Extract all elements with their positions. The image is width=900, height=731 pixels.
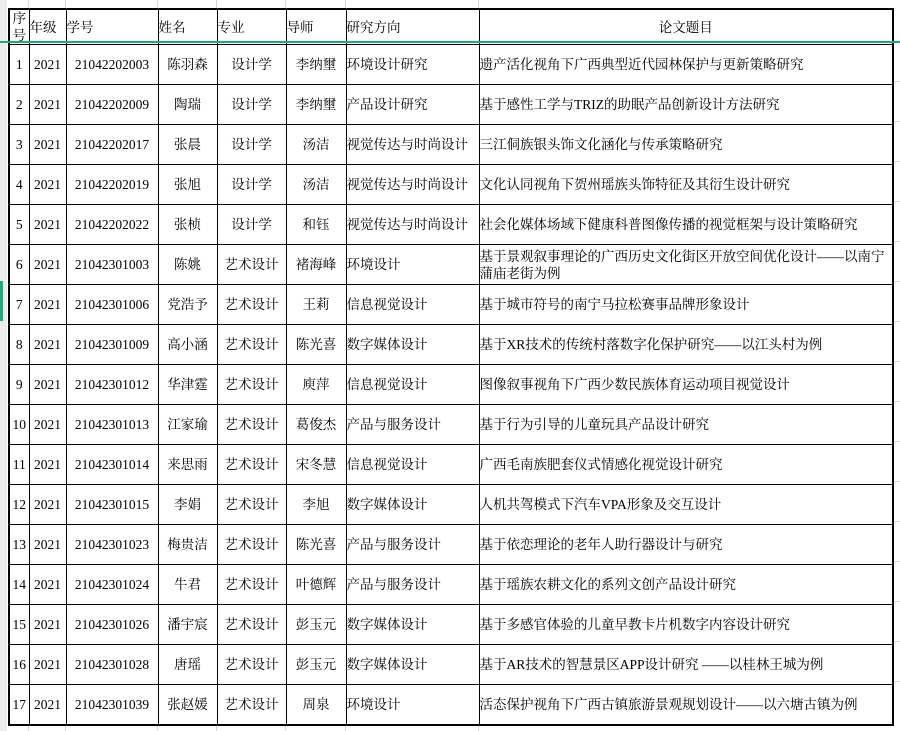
table-row: 7202121042301006党浩予艺术设计王莉信息视觉设计基于城市符号的南宁…	[9, 285, 893, 325]
column-header-advisor[interactable]: 导师	[286, 9, 346, 45]
cell-major[interactable]: 艺术设计	[217, 525, 286, 565]
cell-student-id[interactable]: 21042301009	[66, 325, 158, 365]
cell-advisor[interactable]: 宋冬慧	[286, 445, 346, 485]
cell-grade[interactable]: 2021	[29, 125, 66, 165]
gridline	[893, 401, 900, 402]
cell-direction[interactable]: 环境设计	[346, 245, 479, 285]
selected-row-indicator	[0, 281, 3, 321]
table-body: 1202121042202003陈羽森设计学李纳壐环境设计研究遗产活化视角下广西…	[9, 45, 893, 725]
table-row: 11202121042301014来思雨艺术设计宋冬慧信息视觉设计广西毛南族肥套…	[9, 445, 893, 485]
table-row: 3202121042202017张晨设计学汤洁视觉传达与时尚设计三江侗族银头饰文…	[9, 125, 893, 165]
cell-thesis-title[interactable]: 广西毛南族肥套仪式情感化视觉设计研究	[479, 445, 893, 485]
cell-name[interactable]: 陈姚	[158, 245, 217, 285]
cell-student-id[interactable]: 21042301012	[66, 365, 158, 405]
cell-major[interactable]: 艺术设计	[217, 325, 286, 365]
cell-student-id[interactable]: 21042301026	[66, 605, 158, 645]
cell-student-id[interactable]: 21042202022	[66, 205, 158, 245]
cell-student-id[interactable]: 21042202019	[66, 165, 158, 205]
cell-advisor[interactable]: 彭玉元	[286, 645, 346, 685]
cell-name[interactable]: 梅贵洁	[158, 525, 217, 565]
table-row: 10202121042301013江家瑜艺术设计葛俊杰产品与服务设计基于行为引导…	[9, 405, 893, 445]
gridline	[893, 161, 900, 162]
gridline	[893, 81, 900, 82]
cell-thesis-title[interactable]: 基于感性工学与TRIZ的助眠产品创新设计方法研究	[479, 85, 893, 125]
cell-direction[interactable]: 信息视觉设计	[346, 285, 479, 325]
column-header-direction[interactable]: 研究方向	[346, 9, 479, 45]
cell-seq[interactable]: 10	[9, 405, 29, 445]
cell-student-id[interactable]: 21042301039	[66, 685, 158, 725]
cell-name[interactable]: 牛君	[158, 565, 217, 605]
cell-name[interactable]: 潘宇宸	[158, 605, 217, 645]
cell-major[interactable]: 艺术设计	[217, 605, 286, 645]
cell-seq[interactable]: 9	[9, 365, 29, 405]
cell-advisor[interactable]: 汤洁	[286, 125, 346, 165]
gridline	[893, 681, 900, 682]
gridline	[28, 0, 29, 8]
cell-thesis-title[interactable]: 图像叙事视角下广西少数民族体育运动项目视觉设计	[479, 365, 893, 405]
column-header-name[interactable]: 姓名	[158, 9, 217, 45]
cell-direction[interactable]: 信息视觉设计	[346, 365, 479, 405]
cell-grade[interactable]: 2021	[29, 565, 66, 605]
gridline	[893, 441, 900, 442]
table-row: 5202121042202022张桢设计学和钰视觉传达与时尚设计社会化媒体场域下…	[9, 205, 893, 245]
cell-student-id[interactable]: 21042301006	[66, 285, 158, 325]
gridline	[893, 481, 900, 482]
cell-advisor[interactable]: 叶德辉	[286, 565, 346, 605]
cell-thesis-title[interactable]: 遗产活化视角下广西典型近代园林保护与更新策略研究	[479, 45, 893, 85]
cell-grade[interactable]: 2021	[29, 245, 66, 285]
cell-grade[interactable]: 2021	[29, 685, 66, 725]
cell-grade[interactable]: 2021	[29, 525, 66, 565]
gridline	[893, 281, 900, 282]
table-row: 1202121042202003陈羽森设计学李纳壐环境设计研究遗产活化视角下广西…	[9, 45, 893, 85]
cell-grade[interactable]: 2021	[29, 325, 66, 365]
table-row: 8202121042301009高小涵艺术设计陈光喜数字媒体设计基于XR技术的传…	[9, 325, 893, 365]
cell-seq[interactable]: 5	[9, 205, 29, 245]
cell-advisor[interactable]: 陈光喜	[286, 325, 346, 365]
cell-direction[interactable]: 环境设计	[346, 685, 479, 725]
cell-student-id[interactable]: 21042301013	[66, 405, 158, 445]
column-header-major[interactable]: 专业	[217, 9, 286, 45]
cell-direction[interactable]: 数字媒体设计	[346, 605, 479, 645]
cell-name[interactable]: 华津霆	[158, 365, 217, 405]
cell-seq[interactable]: 4	[9, 165, 29, 205]
cell-advisor[interactable]: 周泉	[286, 685, 346, 725]
gridline	[893, 561, 900, 562]
cell-advisor[interactable]: 褚海峰	[286, 245, 346, 285]
cell-direction[interactable]: 数字媒体设计	[346, 485, 479, 525]
gridline	[893, 201, 900, 202]
table-row: 14202121042301024牛君艺术设计叶德辉产品与服务设计基于瑶族农耕文…	[9, 565, 893, 605]
cell-thesis-title[interactable]: 人机共驾模式下汽车VPA形象及交互设计	[479, 485, 893, 525]
cell-name[interactable]: 张旭	[158, 165, 217, 205]
gridline	[216, 0, 217, 8]
cell-name[interactable]: 李娟	[158, 485, 217, 525]
cell-major[interactable]: 设计学	[217, 45, 286, 85]
table-row: 15202121042301026潘宇宸艺术设计彭玉元数字媒体设计基于多感官体验…	[9, 605, 893, 645]
cell-seq[interactable]: 17	[9, 685, 29, 725]
cell-name[interactable]: 党浩予	[158, 285, 217, 325]
table-row: 16202121042301028唐瑶艺术设计彭玉元数字媒体设计基于AR技术的智…	[9, 645, 893, 685]
cell-grade[interactable]: 2021	[29, 605, 66, 645]
cell-major[interactable]: 艺术设计	[217, 565, 286, 605]
cell-name[interactable]: 陶瑞	[158, 85, 217, 125]
cell-direction[interactable]: 视觉传达与时尚设计	[346, 165, 479, 205]
cell-seq[interactable]: 13	[9, 525, 29, 565]
cell-student-id[interactable]: 21042301024	[66, 565, 158, 605]
cell-major[interactable]: 艺术设计	[217, 645, 286, 685]
column-header-grade[interactable]: 年级	[29, 9, 66, 45]
cell-advisor[interactable]: 李纳壐	[286, 85, 346, 125]
cell-thesis-title[interactable]: 活态保护视角下广西古镇旅游景观规划设计——以六塘古镇为例	[479, 685, 893, 725]
cell-advisor[interactable]: 庾萍	[286, 365, 346, 405]
cell-seq[interactable]: 16	[9, 645, 29, 685]
cell-advisor[interactable]: 王莉	[286, 285, 346, 325]
cell-grade[interactable]: 2021	[29, 85, 66, 125]
cell-major[interactable]: 艺术设计	[217, 365, 286, 405]
cell-major[interactable]: 艺术设计	[217, 445, 286, 485]
cell-thesis-title[interactable]: 基于行为引导的儿童玩具产品设计研究	[479, 405, 893, 445]
gridline	[157, 0, 158, 8]
cell-seq[interactable]: 3	[9, 125, 29, 165]
cell-thesis-title[interactable]: 基于AR技术的智慧景区APP设计研究 ——以桂林王城为例	[479, 645, 893, 685]
row-header-strip[interactable]	[0, 0, 7, 731]
cell-grade[interactable]: 2021	[29, 405, 66, 445]
cell-thesis-title[interactable]: 文化认同视角下贺州瑶族头饰特征及其衍生设计研究	[479, 165, 893, 205]
cell-direction[interactable]: 产品设计研究	[346, 85, 479, 125]
cell-direction[interactable]: 产品与服务设计	[346, 565, 479, 605]
cell-major[interactable]: 艺术设计	[217, 485, 286, 525]
cell-grade[interactable]: 2021	[29, 165, 66, 205]
table-row: 9202121042301012华津霆艺术设计庾萍信息视觉设计图像叙事视角下广西…	[9, 365, 893, 405]
cell-seq[interactable]: 15	[9, 605, 29, 645]
cell-name[interactable]: 高小涵	[158, 325, 217, 365]
cell-advisor[interactable]: 葛俊杰	[286, 405, 346, 445]
cell-thesis-title[interactable]: 基于XR技术的传统村落数字化保护研究——以江头村为例	[479, 325, 893, 365]
cell-major[interactable]: 设计学	[217, 125, 286, 165]
thesis-table: 序号 年级 学号 姓名 专业 导师 研究方向 论文题目 120212104220…	[8, 8, 894, 726]
cell-seq[interactable]: 2	[9, 85, 29, 125]
gridline	[478, 0, 479, 8]
cell-student-id[interactable]: 21042301003	[66, 245, 158, 285]
cell-direction[interactable]: 视觉传达与时尚设计	[346, 125, 479, 165]
gridline	[285, 0, 286, 8]
cell-major[interactable]: 设计学	[217, 205, 286, 245]
cell-seq[interactable]: 6	[9, 245, 29, 285]
cell-seq[interactable]: 1	[9, 45, 29, 85]
cell-student-id[interactable]: 21042301023	[66, 525, 158, 565]
table-row: 2202121042202009陶瑞设计学李纳壐产品设计研究基于感性工学与TRI…	[9, 85, 893, 125]
cell-name[interactable]: 张赵媛	[158, 685, 217, 725]
gridline	[893, 241, 900, 242]
cell-major[interactable]: 艺术设计	[217, 285, 286, 325]
cell-name[interactable]: 来思雨	[158, 445, 217, 485]
cell-major[interactable]: 设计学	[217, 165, 286, 205]
cell-name[interactable]: 唐瑶	[158, 645, 217, 685]
cell-direction[interactable]: 环境设计研究	[346, 45, 479, 85]
cell-student-id[interactable]: 21042202003	[66, 45, 158, 85]
cell-seq[interactable]: 11	[9, 445, 29, 485]
column-header-title[interactable]: 论文题目	[479, 9, 893, 45]
cell-grade[interactable]: 2021	[29, 485, 66, 525]
cell-major[interactable]: 艺术设计	[217, 405, 286, 445]
cell-advisor[interactable]: 彭玉元	[286, 605, 346, 645]
cell-name[interactable]: 陈羽森	[158, 45, 217, 85]
cell-advisor[interactable]: 陈光喜	[286, 525, 346, 565]
cell-seq[interactable]: 12	[9, 485, 29, 525]
gridline	[893, 361, 900, 362]
cell-major[interactable]: 艺术设计	[217, 685, 286, 725]
column-header-seq[interactable]: 序号	[9, 9, 29, 45]
cell-major[interactable]: 艺术设计	[217, 245, 286, 285]
cell-advisor[interactable]: 汤洁	[286, 165, 346, 205]
header-row: 序号 年级 学号 姓名 专业 导师 研究方向 论文题目	[9, 9, 893, 45]
cell-name[interactable]: 张晨	[158, 125, 217, 165]
cell-thesis-title[interactable]: 基于城市符号的南宁马拉松赛事品牌形象设计	[479, 285, 893, 325]
table-row: 12202121042301015李娟艺术设计李旭数字媒体设计人机共驾模式下汽车…	[9, 485, 893, 525]
cell-thesis-title[interactable]: 基于景观叙事理论的广西历史文化街区开放空间优化设计——以南宁蒲庙老街为例	[479, 245, 893, 285]
gridline	[893, 601, 900, 602]
gridline	[893, 121, 900, 122]
cell-grade[interactable]: 2021	[29, 645, 66, 685]
gridline	[893, 321, 900, 322]
cell-grade[interactable]: 2021	[29, 205, 66, 245]
cell-seq[interactable]: 7	[9, 285, 29, 325]
cell-advisor[interactable]: 李纳壐	[286, 45, 346, 85]
cell-seq[interactable]: 14	[9, 565, 29, 605]
cell-student-id[interactable]: 21042301014	[66, 445, 158, 485]
table-row: 13202121042301023梅贵洁艺术设计陈光喜产品与服务设计基于依恋理论…	[9, 525, 893, 565]
gridline	[345, 0, 346, 8]
table-row: 17202121042301039张赵媛艺术设计周泉环境设计活态保护视角下广西古…	[9, 685, 893, 725]
cell-name[interactable]: 张桢	[158, 205, 217, 245]
cell-grade[interactable]: 2021	[29, 365, 66, 405]
table-row: 6202121042301003陈姚艺术设计褚海峰环境设计基于景观叙事理论的广西…	[9, 245, 893, 285]
cell-direction[interactable]: 信息视觉设计	[346, 445, 479, 485]
cell-grade[interactable]: 2021	[29, 285, 66, 325]
cell-student-id[interactable]: 21042301015	[66, 485, 158, 525]
cell-name[interactable]: 江家瑜	[158, 405, 217, 445]
gridline	[65, 0, 66, 8]
table-row: 4202121042202019张旭设计学汤洁视觉传达与时尚设计文化认同视角下贺…	[9, 165, 893, 205]
cell-thesis-title[interactable]: 社会化媒体场域下健康科普图像传播的视觉框架与设计策略研究	[479, 205, 893, 245]
cell-seq[interactable]: 8	[9, 325, 29, 365]
cell-major[interactable]: 设计学	[217, 85, 286, 125]
cell-direction[interactable]: 产品与服务设计	[346, 525, 479, 565]
column-header-student-id[interactable]: 学号	[66, 9, 158, 45]
cell-direction[interactable]: 数字媒体设计	[346, 325, 479, 365]
gridline	[893, 521, 900, 522]
cell-grade[interactable]: 2021	[29, 45, 66, 85]
freeze-pane-line	[0, 41, 900, 43]
cell-grade[interactable]: 2021	[29, 445, 66, 485]
cell-direction[interactable]: 视觉传达与时尚设计	[346, 205, 479, 245]
cell-thesis-title[interactable]: 基于依恋理论的老年人助行器设计与研究	[479, 525, 893, 565]
gridline	[893, 641, 900, 642]
cell-advisor[interactable]: 和钰	[286, 205, 346, 245]
cell-direction[interactable]: 产品与服务设计	[346, 405, 479, 445]
cell-direction[interactable]: 数字媒体设计	[346, 645, 479, 685]
cell-thesis-title[interactable]: 三江侗族银头饰文化涵化与传承策略研究	[479, 125, 893, 165]
cell-student-id[interactable]: 21042202009	[66, 85, 158, 125]
cell-student-id[interactable]: 21042202017	[66, 125, 158, 165]
cell-thesis-title[interactable]: 基于瑶族农耕文化的系列文创产品设计研究	[479, 565, 893, 605]
cell-student-id[interactable]: 21042301028	[66, 645, 158, 685]
cell-advisor[interactable]: 李旭	[286, 485, 346, 525]
cell-thesis-title[interactable]: 基于多感官体验的儿童早教卡片机数字内容设计研究	[479, 605, 893, 645]
